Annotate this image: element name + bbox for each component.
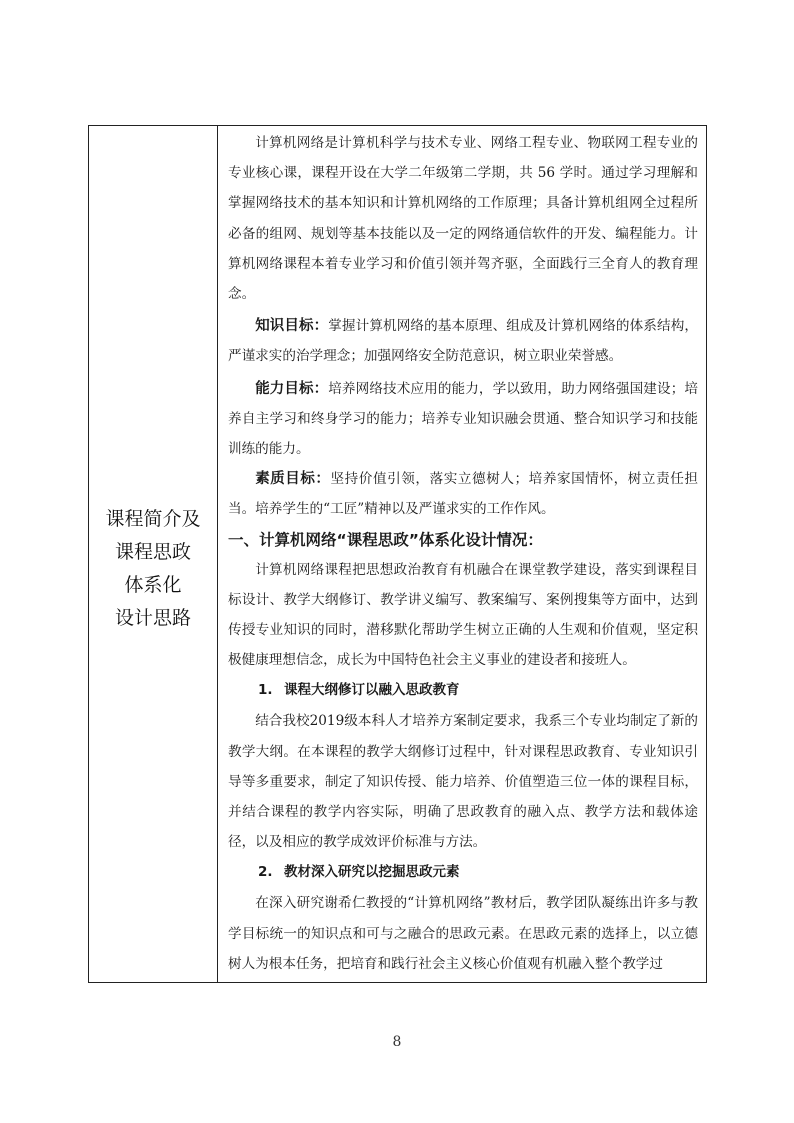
subsection-number: 1. [258, 675, 284, 706]
subsection-number: 2. [258, 857, 284, 888]
content-cell: 计算机网络是计算机科学与技术专业、网络工程专业、物联网工程专业的专业核心课，课程… [218, 126, 706, 982]
row-header-line: 课程思政 [105, 536, 200, 569]
section-intro-paragraph: 计算机网络课程把思想政治教育有机融合在课堂教学建设，落实到课程目标设计、教学大纲… [228, 555, 698, 676]
subsection-heading: 2.教材深入研究以挖掘思政元素 [228, 857, 698, 888]
subsection-title: 课程大纲修订以融入思政教育 [284, 682, 460, 698]
knowledge-goal-paragraph: 知识目标：掌握计算机网络的基本原理、组成及计算机网络的体系结构，严谨求实的治学理… [228, 311, 698, 371]
course-design-table: 课程简介及 课程思政 体系化 设计思路 计算机网络是计算机科学与技术专业、网络工… [88, 125, 707, 983]
subsection-paragraph: 在深入研究谢希仁教授的“计算机网络”教材后，教学团队凝练出许多与教学目标统一的知… [228, 888, 698, 979]
row-header-cell: 课程简介及 课程思政 体系化 设计思路 [89, 126, 218, 982]
row-header-line: 设计思路 [105, 602, 200, 635]
row-header-label: 课程简介及 课程思政 体系化 设计思路 [105, 503, 200, 635]
row-header-line: 体系化 [105, 569, 200, 602]
section-heading: 一、计算机网络“课程思政”体系化设计情况： [228, 525, 698, 555]
goal-label: 能力目标： [255, 381, 328, 397]
subsection-heading: 1.课程大纲修订以融入思政教育 [228, 675, 698, 706]
course-intro-paragraph: 计算机网络是计算机科学与技术专业、网络工程专业、物联网工程专业的专业核心课，课程… [228, 128, 698, 309]
row-header-line: 课程简介及 [105, 503, 200, 536]
ability-goal-paragraph: 能力目标：培养网络技术应用的能力，学以致用，助力网络强国建设；培养自主学习和终身… [228, 374, 698, 465]
subsection-paragraph: 结合我校2019级本科人才培养方案制定要求，我系三个专业均制定了新的教学大纲。在… [228, 706, 698, 857]
goal-label: 知识目标： [255, 318, 328, 334]
subsection-title: 教材深入研究以挖掘思政元素 [284, 864, 460, 880]
page-number: 8 [0, 1034, 794, 1050]
quality-goal-paragraph: 素质目标：坚持价值引领，落实立德树人；培养家国情怀，树立责任担当。培养学生的“工… [228, 464, 698, 524]
goal-label: 素质目标： [255, 471, 330, 487]
